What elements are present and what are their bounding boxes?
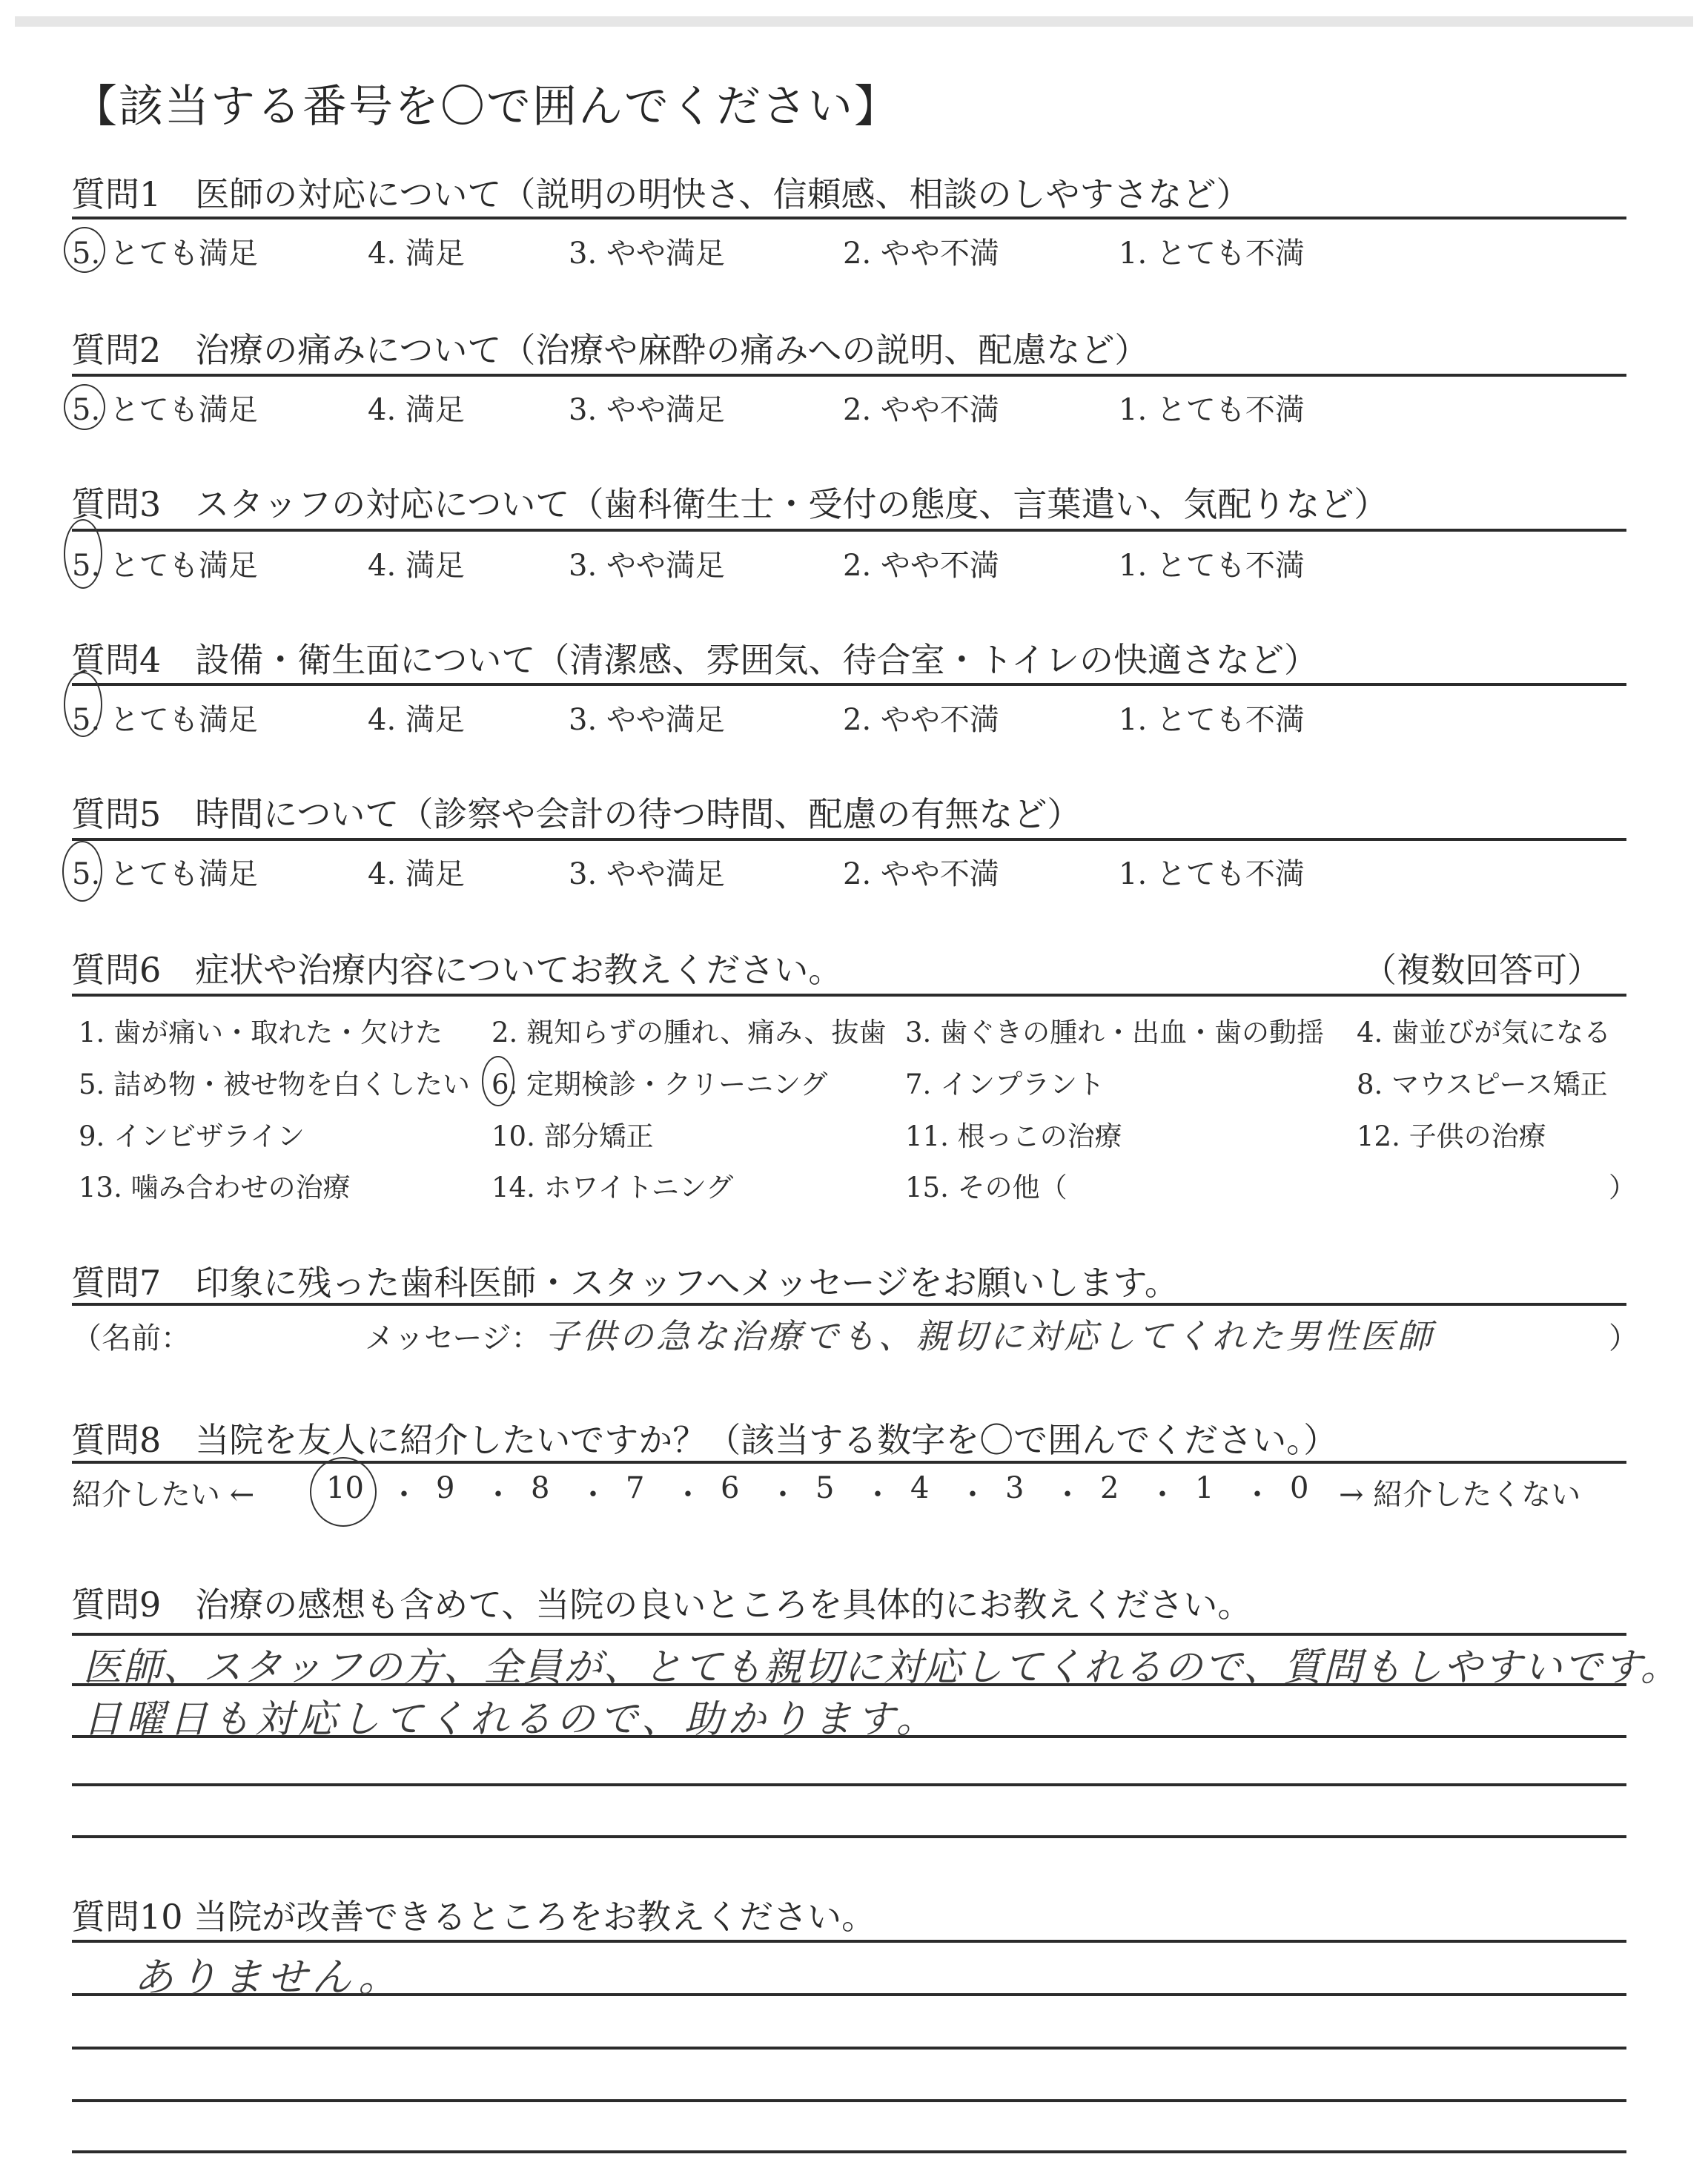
option-3[interactable]: 3. やや満足	[569, 851, 725, 893]
question-3-rule	[72, 529, 1626, 532]
question-6-rule	[72, 994, 1626, 997]
scale-dot: ・	[1242, 1471, 1272, 1513]
option-3[interactable]: 3. やや満足	[569, 386, 725, 429]
q9-answer-line-1[interactable]: 医師、スタッフの方、全員が、とても親切に対応してくれるので、質問もしやすいです。	[83, 1636, 1681, 1691]
scale-dot: ・	[1053, 1471, 1082, 1513]
option-2[interactable]: 2. やや不満	[843, 542, 999, 584]
q6-item-14[interactable]: 14. ホワイトニング	[491, 1165, 733, 1205]
message-handwritten-value[interactable]: 子供の急な治療でも、親切に対応してくれた男性医師	[545, 1309, 1434, 1358]
scale-1[interactable]: 1	[1195, 1471, 1214, 1505]
option-1[interactable]: 1. とても不満	[1119, 542, 1305, 584]
answer-line	[72, 1835, 1626, 1838]
q10-answer-line-1[interactable]: ありません。	[133, 1946, 403, 2003]
message-field-label: メッセージ：	[365, 1315, 541, 1357]
scale-5[interactable]: 5	[815, 1471, 834, 1505]
recommend-left-label: 紹介したい ←	[72, 1471, 254, 1513]
q6-item-10[interactable]: 10. 部分矯正	[491, 1114, 654, 1154]
question-2-label: 質問2 治療の痛みについて（治療や麻酔の痛みへの説明、配慮など）	[71, 323, 1148, 372]
option-4[interactable]: 4. 満足	[368, 542, 465, 584]
answer-line	[72, 2047, 1626, 2050]
scale-dot: ・	[768, 1471, 798, 1513]
option-4[interactable]: 4. 満足	[368, 851, 465, 893]
q6-item-9[interactable]: 9. インビザライン	[79, 1114, 305, 1154]
option-1[interactable]: 1. とても不満	[1119, 230, 1305, 272]
option-3[interactable]: 3. やや満足	[569, 696, 725, 739]
question-7-label: 質問7 印象に残った歯科医師・スタッフへメッセージをお願いします。	[71, 1256, 1179, 1305]
message-close-paren: ）	[1609, 1315, 1638, 1357]
question-7-rule	[72, 1303, 1626, 1306]
scale-3[interactable]: 3	[1005, 1471, 1024, 1505]
q6-item-3[interactable]: 3. 歯ぐきの腫れ・出血・歯の動揺	[905, 1010, 1324, 1050]
answer-line	[72, 2150, 1626, 2153]
q6-item-1[interactable]: 1. 歯が痛い・取れた・欠けた	[79, 1010, 443, 1050]
scan-top-edge	[15, 16, 1693, 27]
scale-dot: ・	[389, 1471, 419, 1513]
answer-line	[72, 1783, 1626, 1786]
answer-line	[72, 2099, 1626, 2102]
scale-dot: ・	[578, 1471, 608, 1513]
scale-dot: ・	[958, 1471, 987, 1513]
option-2[interactable]: 2. やや不満	[843, 230, 999, 272]
scale-dot: ・	[483, 1471, 513, 1513]
option-1[interactable]: 1. とても不満	[1119, 851, 1305, 893]
q6-other-close-paren: ）	[1609, 1165, 1636, 1205]
question-10-label: 質問10 当院が改善できるところをお教えください。	[71, 1890, 875, 1939]
q6-item-13[interactable]: 13. 噛み合わせの治療	[79, 1165, 351, 1205]
option-5[interactable]: 5. とても満足	[72, 851, 258, 893]
question-6-label: 質問6 症状や治療内容についてお教えください。	[71, 943, 842, 992]
q6-item-5[interactable]: 5. 詰め物・被せ物を白くしたい	[79, 1062, 470, 1102]
question-8-rule	[72, 1461, 1626, 1464]
option-5[interactable]: 5. とても満足	[72, 542, 258, 584]
q6-item-15[interactable]: 15. その他（	[905, 1165, 1067, 1205]
scale-2[interactable]: 2	[1100, 1471, 1119, 1505]
q6-item-6[interactable]: 6. 定期検診・クリーニング	[491, 1062, 827, 1102]
recommend-right-label: → 紹介したくない	[1339, 1471, 1580, 1513]
question-1-rule	[72, 217, 1626, 219]
scale-9[interactable]: 9	[436, 1471, 454, 1505]
option-2[interactable]: 2. やや不満	[843, 696, 999, 739]
option-5[interactable]: 5. とても満足	[72, 696, 258, 739]
question-9-label: 質問9 治療の感想も含めて、当院の良いところを具体的にお教えください。	[71, 1578, 1251, 1627]
question-4-label: 質問4 設備・衛生面について（清潔感、雰囲気、待合室・トイレの快適さなど）	[71, 633, 1318, 682]
question-3-label: 質問3 スタッフの対応について（歯科衛生士・受付の態度、言葉遣い、気配りなど）	[71, 478, 1388, 526]
option-3[interactable]: 3. やや満足	[569, 230, 725, 272]
scale-dot: ・	[673, 1471, 703, 1513]
option-5[interactable]: 5. とても満足	[72, 386, 258, 429]
option-5[interactable]: 5. とても満足	[72, 230, 258, 272]
option-2[interactable]: 2. やや不満	[843, 386, 999, 429]
scale-dot: ・	[863, 1471, 893, 1513]
question-5-rule	[72, 838, 1626, 841]
q6-item-7[interactable]: 7. インプラント	[905, 1062, 1105, 1102]
option-4[interactable]: 4. 満足	[368, 230, 465, 272]
q6-item-2[interactable]: 2. 親知らずの腫れ、痛み、抜歯	[491, 1010, 887, 1050]
option-4[interactable]: 4. 満足	[368, 696, 465, 739]
scale-dot: ・	[1148, 1471, 1177, 1513]
scale-4[interactable]: 4	[910, 1471, 929, 1505]
question-5-label: 質問5 時間について（診察や会計の待つ時間、配慮の有無など）	[71, 787, 1081, 836]
question-2-rule	[72, 374, 1626, 377]
scale-10[interactable]: 10	[326, 1471, 364, 1505]
option-1[interactable]: 1. とても不満	[1119, 386, 1305, 429]
page-title: 【該当する番号を〇で囲んでください】	[73, 71, 900, 135]
scale-6[interactable]: 6	[721, 1471, 739, 1505]
q6-item-11[interactable]: 11. 根っこの治療	[905, 1114, 1122, 1154]
scale-0[interactable]: 0	[1290, 1471, 1308, 1505]
scale-7[interactable]: 7	[626, 1471, 644, 1505]
question-1-label: 質問1 医師の対応について（説明の明快さ、信頼感、相談のしやすさなど）	[71, 168, 1251, 217]
answer-line	[72, 1940, 1626, 1943]
option-3[interactable]: 3. やや満足	[569, 542, 725, 584]
option-1[interactable]: 1. とても不満	[1119, 696, 1305, 739]
question-8-label: 質問8 当院を友人に紹介したいですか？（該当する数字を〇で囲んでください。）	[71, 1413, 1337, 1462]
q9-answer-line-2[interactable]: 日曜日も対応してくれるので、助かります。	[83, 1688, 939, 1743]
option-2[interactable]: 2. やや不満	[843, 851, 999, 893]
q6-item-8[interactable]: 8. マウスピース矯正	[1357, 1062, 1608, 1102]
option-4[interactable]: 4. 満足	[368, 386, 465, 429]
q6-item-4[interactable]: 4. 歯並びが気になる	[1357, 1010, 1611, 1050]
question-4-rule	[72, 683, 1626, 686]
q6-item-12[interactable]: 12. 子供の治療	[1357, 1114, 1546, 1154]
scale-8[interactable]: 8	[531, 1471, 549, 1505]
name-field-label: （名前：	[72, 1315, 191, 1357]
multiple-answers-note: （複数回答可）	[1363, 943, 1601, 992]
